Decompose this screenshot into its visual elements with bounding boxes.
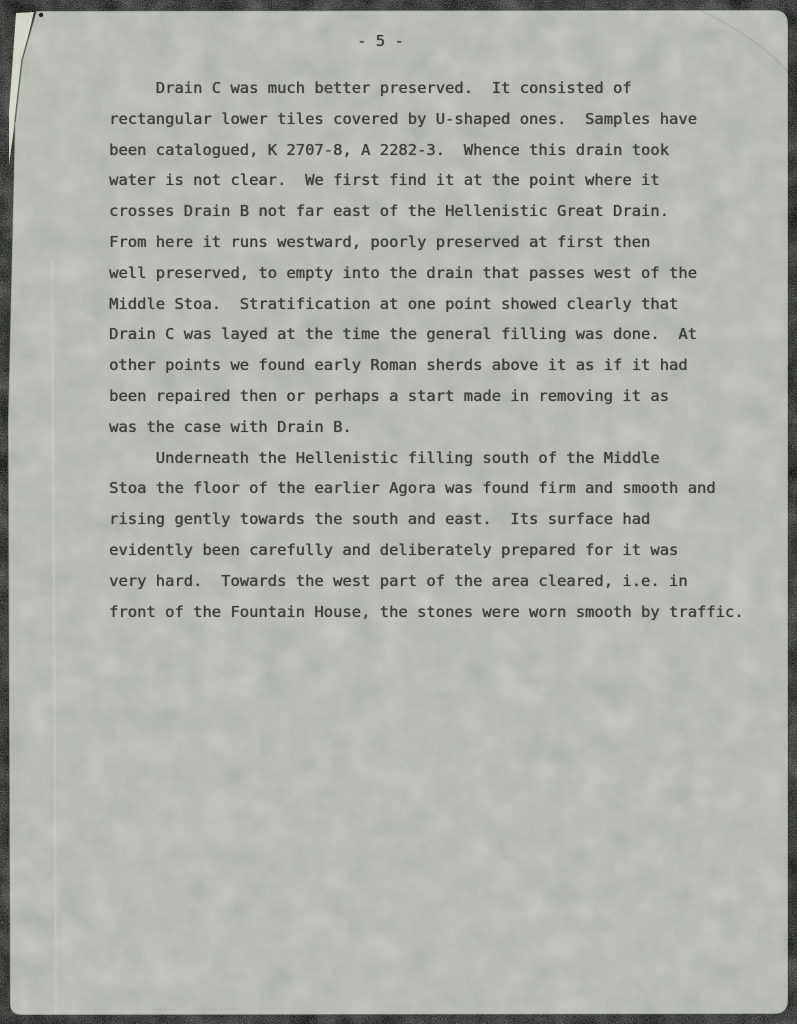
typed-line: From here it runs westward, poorly prese… xyxy=(109,227,789,258)
typed-line: Drain C was layed at the time the genera… xyxy=(109,319,789,350)
typed-line: been repaired then or perhaps a start ma… xyxy=(109,381,789,412)
typed-line: well preserved, to empty into the drain … xyxy=(109,258,789,289)
page-number: - 5 - xyxy=(357,26,404,57)
staple-hole xyxy=(39,13,43,17)
typed-line: Underneath the Hellenistic filling south… xyxy=(109,443,789,474)
typed-line: Drain C was much better preserved. It co… xyxy=(109,73,789,104)
typed-line: rectangular lower tiles covered by U-sha… xyxy=(109,104,789,135)
document-body: Drain C was much better preserved. It co… xyxy=(109,73,789,627)
typed-line: water is not clear. We first find it at … xyxy=(109,165,789,196)
typed-line: evidently been carefully and deliberatel… xyxy=(109,535,789,566)
typed-line: front of the Fountain House, the stones … xyxy=(109,597,789,628)
typed-line: was the case with Drain B. xyxy=(109,412,789,443)
typed-line: been catalogued, K 2707-8, A 2282-3. Whe… xyxy=(109,135,789,166)
typed-line: crosses Drain B not far east of the Hell… xyxy=(109,196,789,227)
typed-line: Stoa the floor of the earlier Agora was … xyxy=(109,473,789,504)
typed-line: very hard. Towards the west part of the … xyxy=(109,566,789,597)
typed-line: Middle Stoa. Stratification at one point… xyxy=(109,289,789,320)
typed-line: rising gently towards the south and east… xyxy=(109,504,789,535)
typed-line: other points we found early Roman sherds… xyxy=(109,350,789,381)
scan-backdrop: - 5 - Drain C was much better preserved.… xyxy=(0,0,797,1024)
